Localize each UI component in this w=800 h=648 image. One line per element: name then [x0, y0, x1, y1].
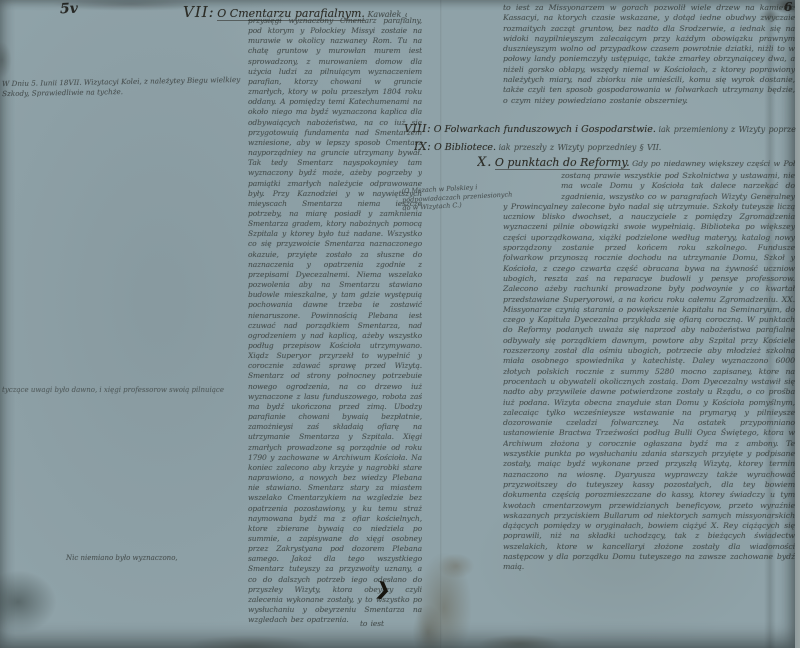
manuscript-paper: 5v 6 VII: O Cmentarzu parafialnym. Kawał…	[0, 0, 795, 648]
manuscript-scan: 5v 6 VII: O Cmentarzu parafialnym. Kawał…	[0, 0, 800, 648]
paper-edge-shadow	[0, 0, 795, 648]
